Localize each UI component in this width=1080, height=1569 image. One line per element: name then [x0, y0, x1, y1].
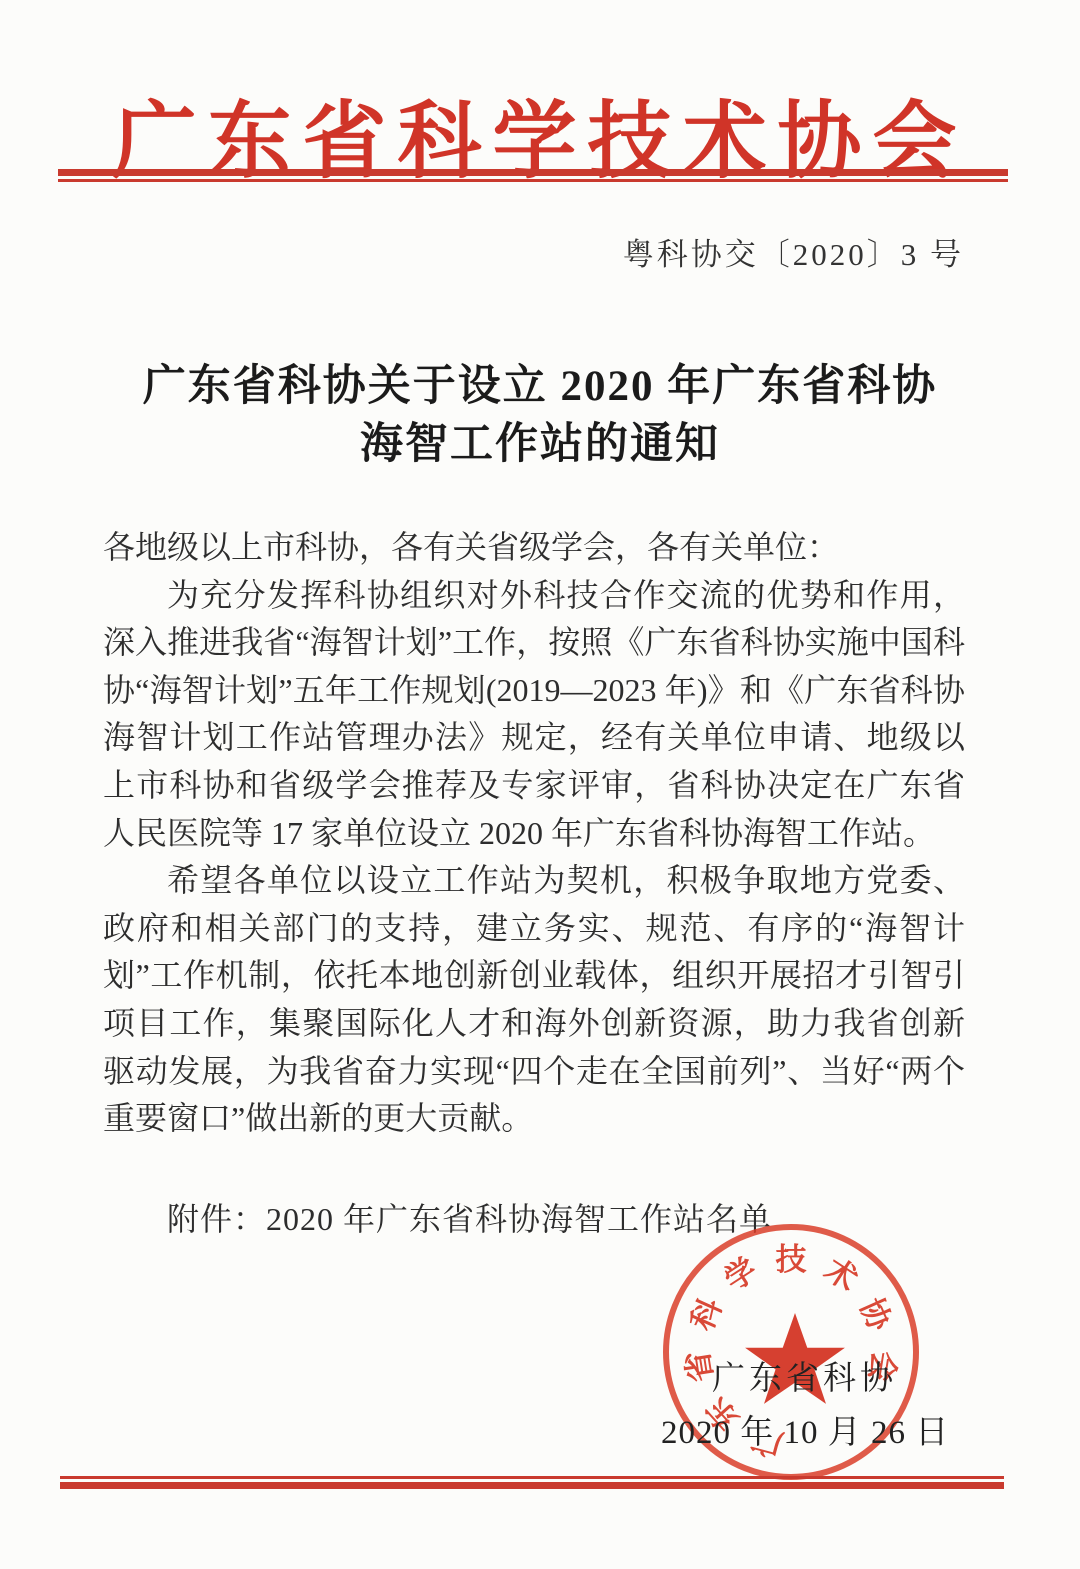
salutation-line: 各地级以上市科协，各有关省级学会，各有关单位： [103, 524, 965, 572]
seal-arc-char: 科 [683, 1291, 731, 1339]
document-body: 各地级以上市科协，各有关省级学会，各有关单位： 为充分发挥科协组织对外科技合作交… [103, 524, 965, 1143]
document-number: 粤科协交〔2020〕3 号 [623, 229, 964, 274]
closing-divider-rule [60, 1476, 1004, 1489]
seal-arc-char: 技 [773, 1242, 809, 1278]
attachment-line: 附件：2020 年广东省科协海智工作站名单 [167, 1194, 772, 1240]
divider-thick-line [58, 169, 1008, 176]
scanned-official-document: 广东省科学技术协会 粤科协交〔2020〕3 号 广东省科协关于设立 2020 年… [0, 0, 1080, 1569]
divider-thick-line [60, 1482, 1004, 1489]
document-title-line1: 广东省科协关于设立 2020 年广东省科协 [0, 358, 1080, 416]
signature-date: 2020 年 10 月 26 日 [661, 1406, 949, 1453]
body-paragraph: 希望各单位以设立工作站为契机，积极争取地方党委、政府和相关部门的支持，建立务实、… [103, 857, 965, 1143]
document-title-line2: 海智工作站的通知 [0, 416, 1080, 474]
divider-thin-line [58, 179, 1008, 182]
seal-arc-char: 学 [716, 1250, 766, 1300]
letterhead-divider-rule [58, 169, 1008, 182]
seal-arc-char: 协 [851, 1291, 899, 1339]
document-title: 广东省科协关于设立 2020 年广东省科协 海智工作站的通知 [0, 358, 1080, 474]
signature-org: 广东省科协 [712, 1352, 897, 1399]
body-paragraph: 为充分发挥科协组织对外科技合作交流的优势和作用，深入推进我省“海智计划”工作，按… [103, 572, 965, 858]
seal-arc-char: 术 [816, 1250, 866, 1300]
